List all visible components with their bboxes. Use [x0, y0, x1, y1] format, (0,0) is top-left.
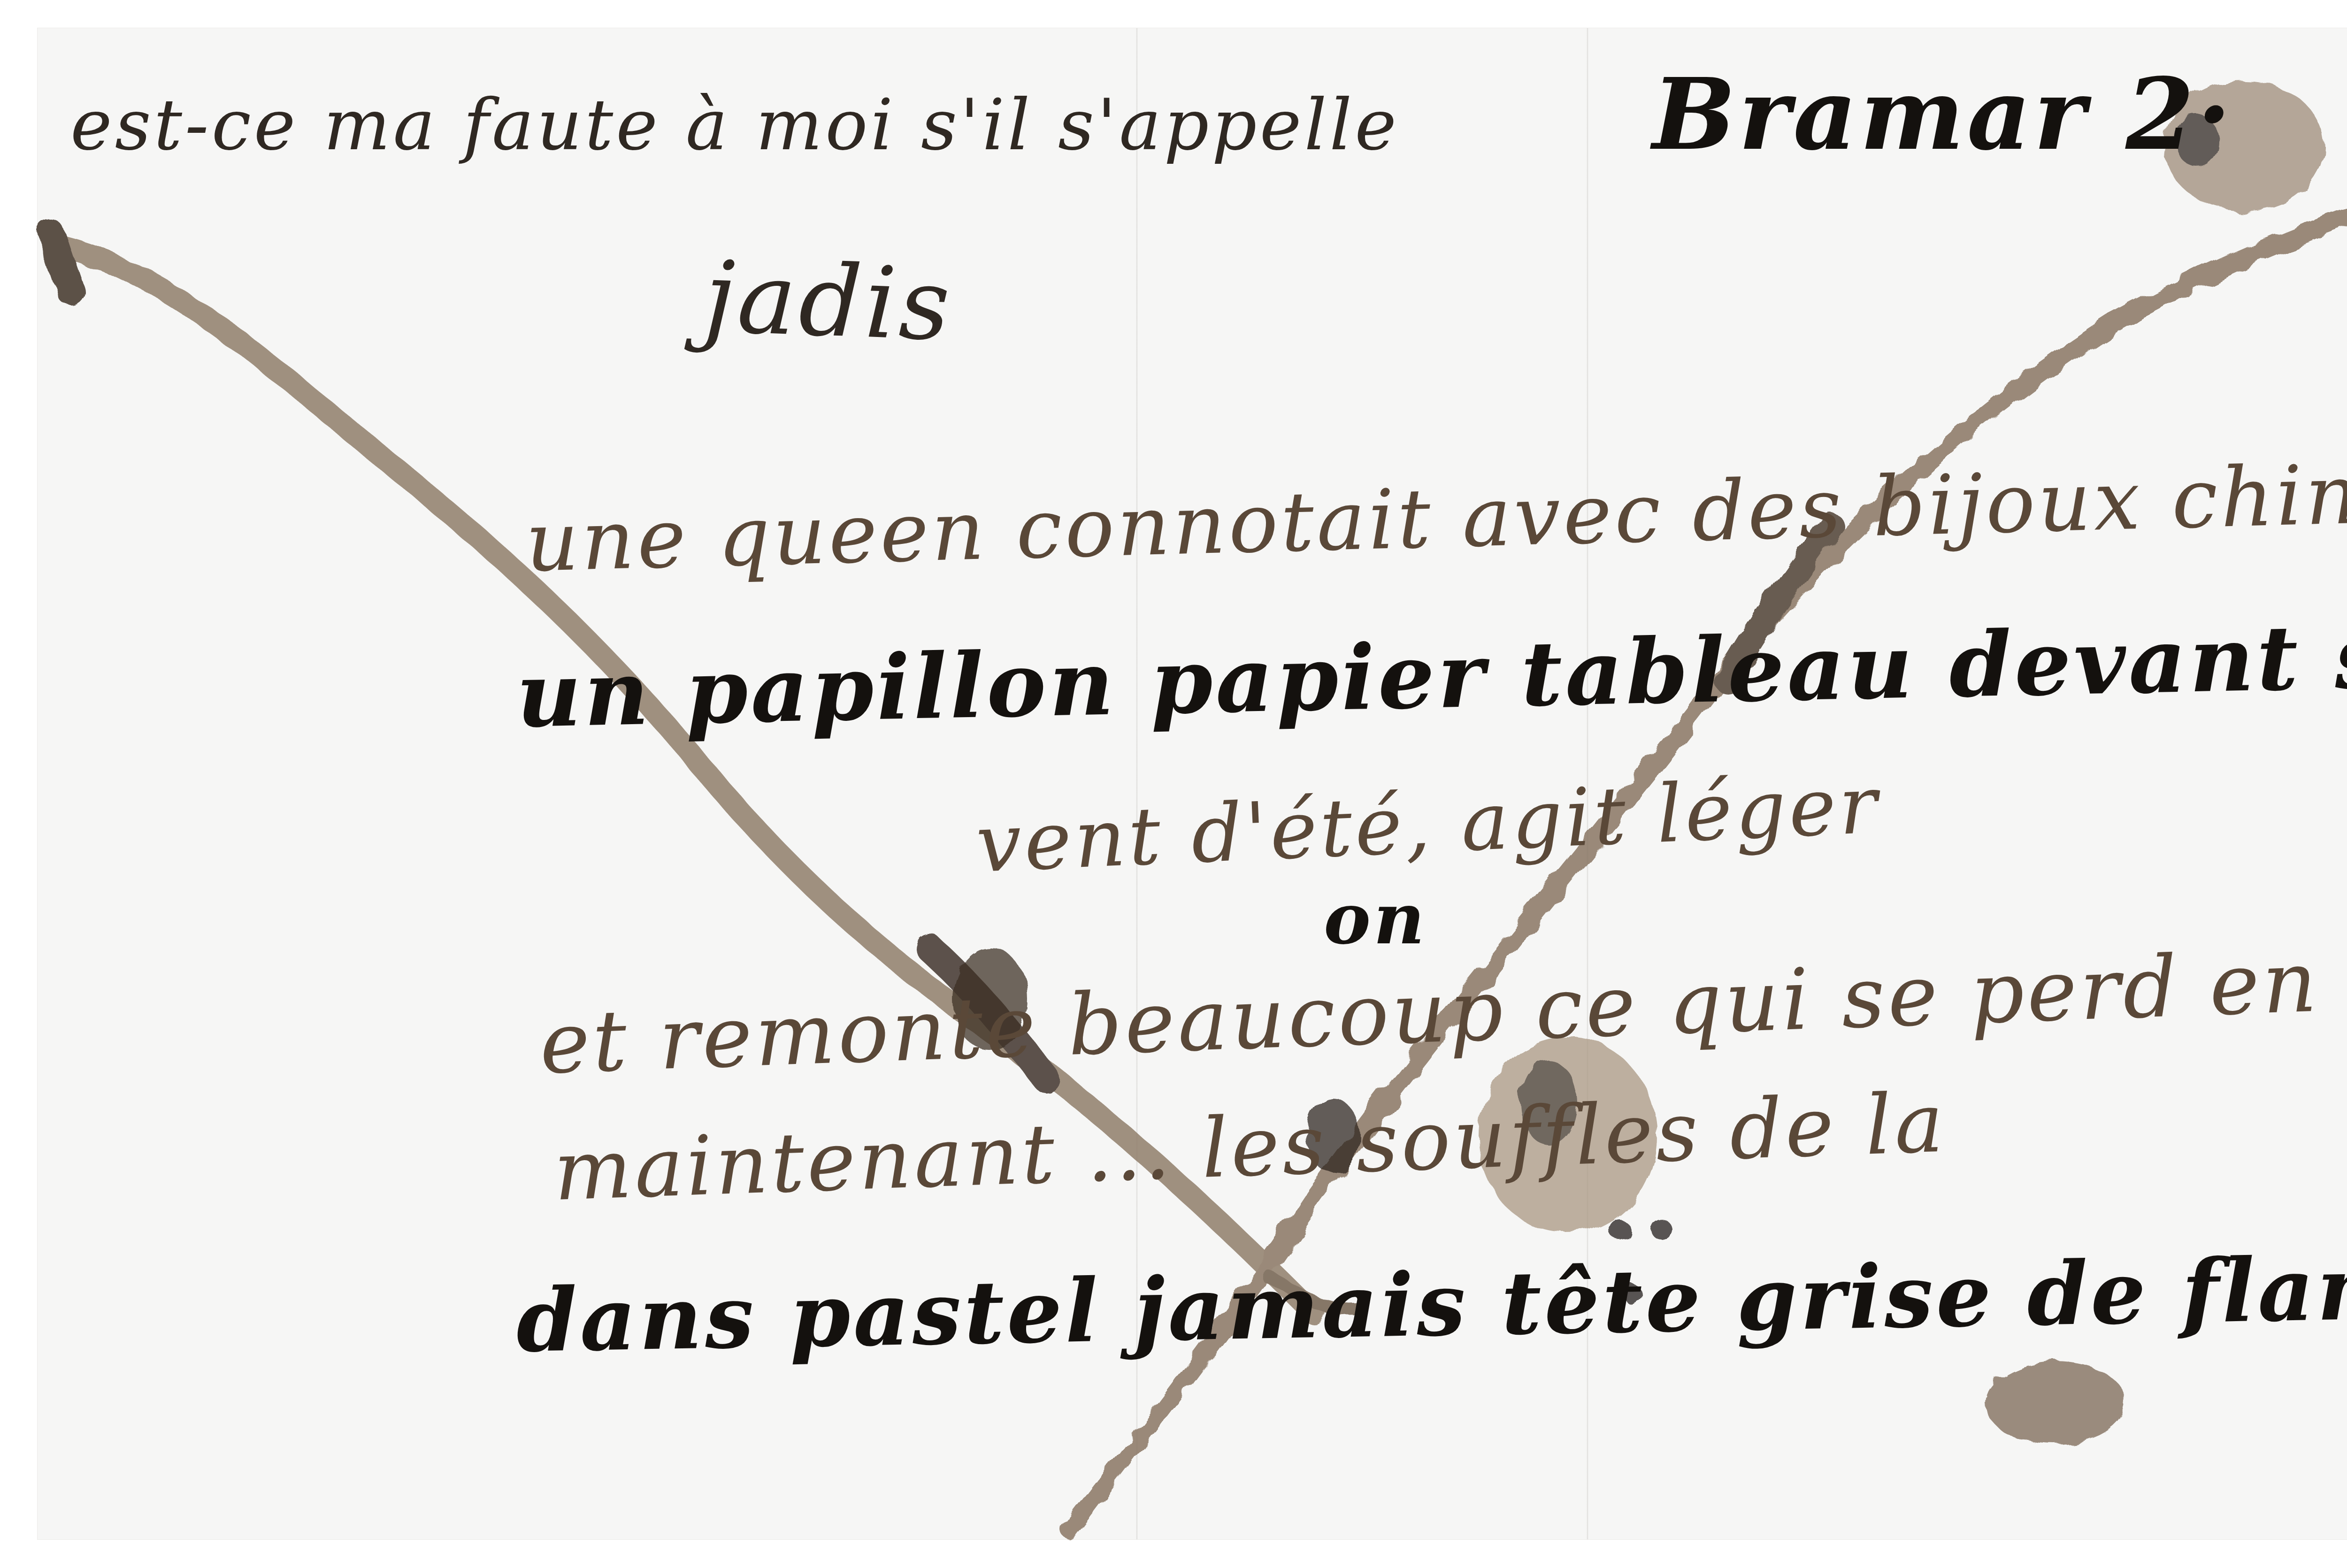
handwritten-line-1-title: Bramar 2·: [1652, 56, 2234, 172]
handwritten-line-1: est-ce ma faute à moi s'il s'appelle: [70, 84, 1399, 166]
handwritten-interlinear-insert: on: [1324, 878, 1427, 960]
handwritten-line-jadis: jadis: [702, 239, 955, 363]
